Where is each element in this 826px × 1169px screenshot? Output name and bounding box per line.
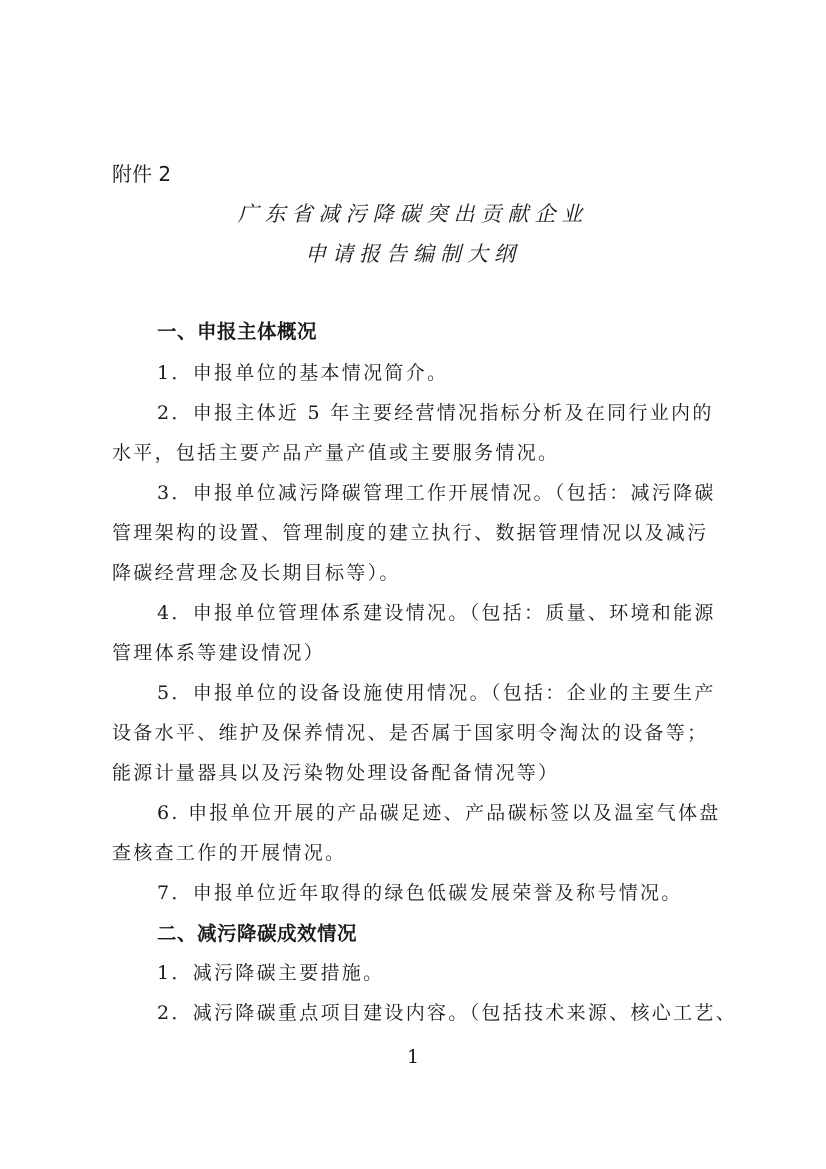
body-text-line: 4．申报单位管理体系建设情况。（包括：质量、环境和能源 (157, 598, 716, 625)
body-text-line: 降碳经营理念及长期目标等）。 (112, 558, 401, 585)
body-text-line: 5．申报单位的设备设施使用情况。（包括：企业的主要生产 (157, 678, 716, 705)
body-text-line: 水平，包括主要产品产量产值或主要服务情况。 (112, 438, 559, 465)
document-page: 附件 2 广东省减污降碳突出贡献企业 申请报告编制大纲 一、申报主体概况1．申报… (0, 0, 826, 1169)
body-text-line: 管理架构的设置、管理制度的建立执行、数据管理情况以及减污 (112, 518, 708, 545)
body-text-line: 3．申报单位减污降碳管理工作开展情况。（包括：减污降碳 (157, 478, 716, 505)
body-text-line: 7．申报单位近年取得的绿色低碳发展荣誉及称号情况。 (157, 878, 683, 905)
page-number: 1 (0, 1046, 826, 1068)
body-text-line: 2．减污降碳重点项目建设内容。（包括技术来源、核心工艺、 (157, 998, 737, 1025)
body-text-line: 查核查工作的开展情况。 (112, 838, 346, 865)
body-text-line: 设备水平、维护及保养情况、是否属于国家明令淘汰的设备等； (112, 718, 708, 745)
body-text-line: 1．减污降碳主要措施。 (157, 958, 384, 985)
body-text-line: 1．申报单位的基本情况简介。 (157, 358, 448, 385)
body-text-line: 2．申报主体近 5 年主要经营情况指标分析及在同行业内的 (157, 398, 714, 425)
body-text-line: 能源计量器具以及污染物处理设备配备情况等） (112, 758, 559, 785)
document-title-line-2: 申请报告编制大纲 (0, 238, 826, 268)
body-text-line: 管理体系等建设情况） (112, 638, 325, 665)
section-heading: 二、减污降碳成效情况 (157, 918, 357, 946)
section-heading: 一、申报主体概况 (157, 316, 317, 344)
body-text-line: 6. 申报单位开展的产品碳足迹、产品碳标签以及温室气体盘 (157, 798, 721, 825)
attachment-label: 附件 2 (112, 158, 171, 187)
document-title-line-1: 广东省减污降碳突出贡献企业 (0, 198, 826, 228)
